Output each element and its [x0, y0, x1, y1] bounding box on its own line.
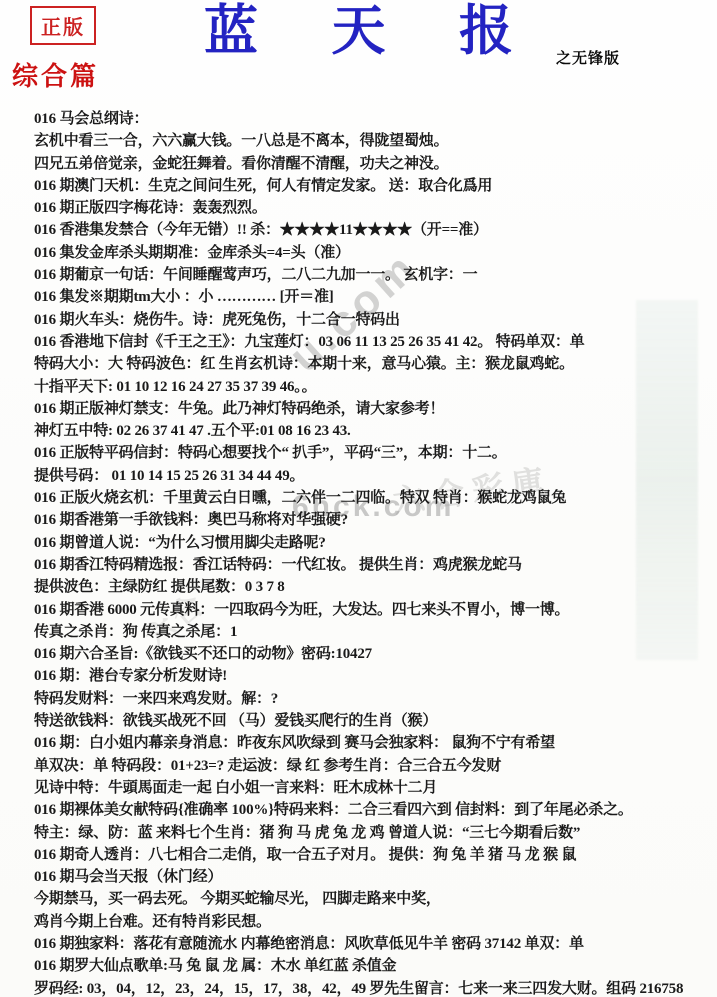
- section-title: 综合篇: [12, 56, 99, 93]
- text-line-3: 四兄五弟倍觉亲，金蛇狂舞着。看你清醒不清醒，功夫之神没。: [34, 153, 717, 175]
- text-line-4: 016 期澳门天机：生克之间问生死，何人有情定发家。 送：取合化爲用: [34, 175, 717, 197]
- text-line-1: 016 马会总纲诗：: [34, 108, 717, 130]
- text-line-40: 罗码经: 03，04，12，23，24，15，17，38，42，49 罗先生留言…: [34, 978, 717, 997]
- text-line-8: 016 期葡京一句话：午间睡醒莺声巧，二八二九加一一。 玄机字：一: [34, 264, 717, 286]
- text-line-38: 016 期独家料：落花有意随流水 内幕绝密消息：风吹草低见牛羊 密码 37142…: [34, 933, 717, 955]
- text-line-5: 016 期正版四字梅花诗：轰轰烈烈。: [34, 197, 717, 219]
- text-line-26: 016 期：港台专家分析发财诗!: [34, 665, 717, 687]
- text-line-33: 特主：绿、防：蓝 来料七个生肖：猪 狗 马 虎 兔 龙 鸡 曾道人说：“三七今期…: [34, 822, 717, 844]
- text-line-25: 016 期六合圣旨:《欲钱买不还口的动物》密码:10427: [34, 643, 717, 665]
- text-line-2: 玄机中看三一合，六六赢大钱。一八总是不离本，得陇望蜀烛。: [34, 130, 717, 152]
- text-line-9: 016 集发※期期tm大小 ：小 ………… [开＝准]: [34, 286, 717, 308]
- text-line-10: 016 期火车头：烧伤牛。诗：虎死兔伤，十二合一特码出: [34, 309, 717, 331]
- text-line-24: 传真之杀肖：狗 传真之杀尾：1: [34, 621, 717, 643]
- body-lines: 016 马会总纲诗：玄机中看三一合，六六赢大钱。一八总是不离本，得陇望蜀烛。四兄…: [34, 108, 717, 997]
- text-line-36: 今期禁马，买一码去死。 今期买蛇输尽光， 四脚走路来中奖，: [34, 888, 717, 910]
- edition-subtitle: 之无锋版: [556, 47, 620, 68]
- text-line-35: 016 期马会当天报（休门经）: [34, 866, 717, 888]
- text-line-32: 016 期裸体美女献特码{准确率 100%}特码来料：二合三看四六到 信封料：到…: [34, 799, 717, 821]
- text-line-11: 016 香港地下信封《千王之王》：九宝莲灯：03 06 11 13 25 26 …: [34, 331, 717, 353]
- text-line-17: 提供号码： 01 10 14 15 25 26 31 34 44 49。: [34, 465, 717, 487]
- text-line-27: 特码发财料：一来四来鸡发财。解：?: [34, 688, 717, 710]
- text-line-34: 016 期奇人透肖：八七相合二走俏，取一合五子对月。 提供：狗 兔 羊 猪 马 …: [34, 844, 717, 866]
- text-line-39: 016 期罗大仙点歌单:马 兔 鼠 龙 属：木水 单红蓝 杀值金: [34, 955, 717, 977]
- text-line-19: 016 期香港第一手欲钱料：奥巴马称将对华强硬?: [34, 509, 717, 531]
- text-line-7: 016 集发金库杀头期期准：金库杀头=4=头（准）: [34, 242, 717, 264]
- text-line-18: 016 正版火烧玄机：千里黄云白日曛，二六伴一二四临。特双 特肖：猴蛇龙鸡鼠兔: [34, 487, 717, 509]
- text-line-31: 见诗中特：牛頭馬面走一起 白小姐一言来料：旺木成林十二月: [34, 777, 717, 799]
- text-line-28: 特送欲钱料：欲钱买战死不回 （马）爱钱买爬行的生肖（猴）: [34, 710, 717, 732]
- text-line-20: 016 期曾道人说：“为什么习惯用脚尖走路呢?: [34, 532, 717, 554]
- text-line-21: 016 期香江特码精选报：香江话特码：一代红妆。 提供生肖：鸡虎猴龙蛇马: [34, 554, 717, 576]
- newspaper-page: u.com 六合彩庫 6hck.com 六合 正版 蓝 天 报 之无锋版 综合篇…: [0, 0, 717, 997]
- text-line-6: 016 香港集发禁合（今年无错）!! 杀：★★★★11★★★★（开==准）: [34, 219, 717, 241]
- text-line-12: 特码大小：大 特码波色：红 生肖玄机诗：本期十来，意马心猿。主：猴龙鼠鸡蛇。: [34, 353, 717, 375]
- text-line-13: 十指平天下: 01 10 12 16 24 27 35 37 39 46。。: [34, 376, 717, 398]
- text-line-15: 神灯五中特: 02 26 37 41 47 .五个平:01 08 16 23 4…: [34, 420, 717, 442]
- text-line-14: 016 期正版神灯禁支：牛兔。此乃神灯特码绝杀，请大家参考！: [34, 398, 717, 420]
- text-line-16: 016 正版特平码信封：特码心想要找个“ 扒手”，平码“三”，本期：十二。: [34, 442, 717, 464]
- text-line-22: 提供波色：主绿防红 提供尾数：0 3 7 8: [34, 576, 717, 598]
- text-line-29: 016 期：白小姐内幕亲身消息：昨夜东风吹绿到 赛马会独家料： 鼠狗不宁有希望: [34, 732, 717, 754]
- text-line-23: 016 期香港 6000 元传真料：一四取码今为旺，大发达。四七来头不胃小，博一…: [34, 599, 717, 621]
- text-line-30: 单双决：单 特码段：01+23=? 走运波：绿 红 参考生肖：合三合五今发财: [34, 755, 717, 777]
- text-line-37: 鸡肖今期上台难。还有特肖彩民想。: [34, 911, 717, 933]
